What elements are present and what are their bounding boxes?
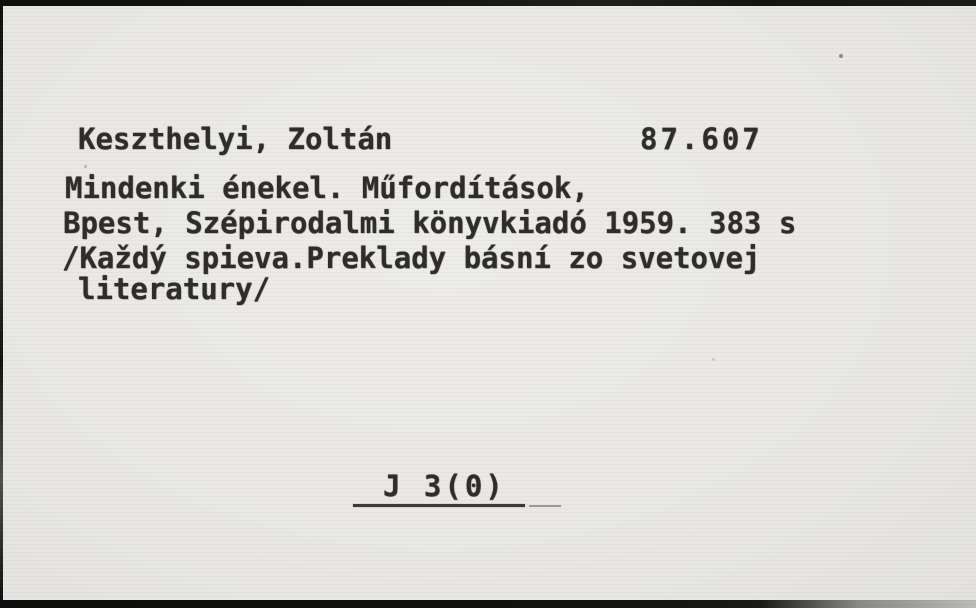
classification-underline-extension <box>529 505 561 507</box>
title-line: Mindenki énekel. Műfordítások, <box>65 173 589 203</box>
imprint-line: Bpest, Szépirodalmi könyvkiadó 1959. 383… <box>63 208 796 238</box>
call-number: 87.607 <box>640 124 763 154</box>
classification-mark: J 3(0) <box>383 471 506 501</box>
ink-speck <box>84 165 87 168</box>
ink-speck <box>839 54 843 58</box>
note-line-1: /Každý spieva.Preklady básní zo svetovej <box>62 243 760 273</box>
scan-edge-top <box>0 0 976 6</box>
ink-speck <box>712 358 715 361</box>
author-heading: Keszthelyi, Zoltán <box>78 124 392 154</box>
note-line-2: literatury/ <box>78 274 270 304</box>
classification-underline <box>353 504 525 507</box>
scan-edge-left <box>0 3 3 601</box>
scan-edge-bottom <box>0 600 976 608</box>
